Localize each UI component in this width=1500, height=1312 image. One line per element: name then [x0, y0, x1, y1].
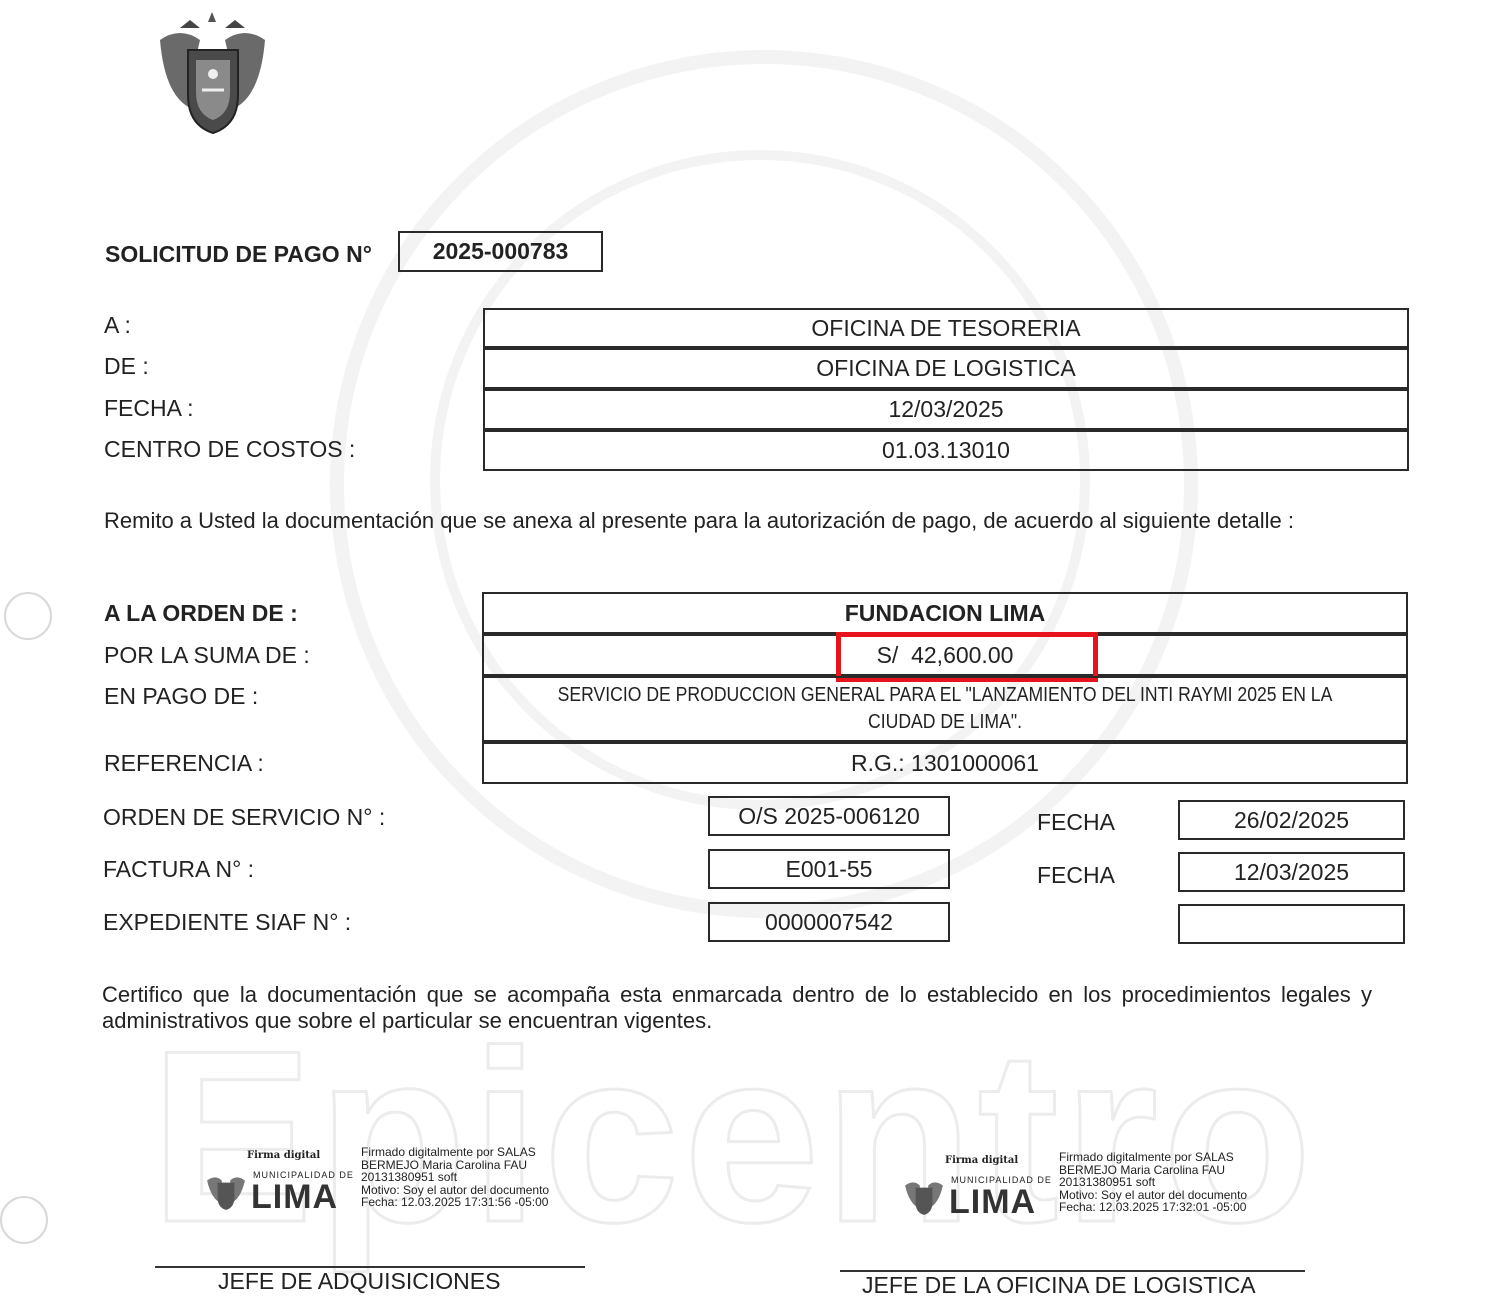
signature-details: Firmado digitalmente por SALAS BERMEJO M… [361, 1146, 549, 1209]
order-label: A LA ORDEN DE : [104, 600, 298, 627]
invoice-field: E001-55 [708, 849, 950, 889]
municipality-logo: Firma digital MUNICIPALIDAD DE LIMA [903, 1155, 1053, 1225]
cost-center-field: 01.03.13010 [483, 430, 1409, 471]
punch-hole [4, 592, 52, 640]
digital-signature-stamp: Firma digital MUNICIPALIDAD DE LIMA Firm… [903, 1155, 1247, 1225]
cost-center-label: CENTRO DE COSTOS : [104, 436, 355, 463]
lima-crest-icon [205, 1170, 247, 1212]
service-order-date-field: 26/02/2025 [1178, 800, 1405, 840]
concept-label: EN PAGO DE : [104, 683, 258, 710]
amount-highlight [836, 632, 1098, 682]
lima-coat-of-arms-icon [150, 10, 275, 138]
municipality-logo: Firma digital MUNICIPALIDAD DE LIMA [205, 1150, 355, 1220]
signature-details: Firmado digitalmente por SALAS BERMEJO M… [1059, 1151, 1247, 1214]
service-order-label: ORDEN DE SERVICIO N° : [103, 804, 385, 831]
punch-hole [0, 1196, 48, 1244]
from-label: DE : [104, 353, 149, 380]
invoice-date-label: FECHA [1037, 862, 1115, 889]
siaf-date-field [1178, 904, 1405, 944]
service-order-field: O/S 2025-006120 [708, 796, 950, 836]
signer-role: JEFE DE ADQUISICIONES [218, 1268, 500, 1295]
digital-signature-stamp: Firma digital MUNICIPALIDAD DE LIMA Firm… [205, 1150, 549, 1220]
from-field: OFICINA DE LOGISTICA [483, 348, 1409, 389]
amount-label: POR LA SUMA DE : [104, 642, 310, 669]
lima-crest-icon [903, 1175, 945, 1217]
payee-field: FUNDACION LIMA [482, 592, 1408, 634]
form-title: SOLICITUD DE PAGO N° [105, 241, 372, 268]
concept-field: SERVICIO DE PRODUCCION GENERAL PARA EL "… [482, 676, 1408, 742]
signer-role: JEFE DE LA OFICINA DE LOGISTICA [862, 1272, 1256, 1299]
invoice-date-field: 12/03/2025 [1178, 852, 1405, 892]
to-label: A : [104, 312, 131, 339]
to-field: OFICINA DE TESORERIA [483, 308, 1409, 348]
date-label: FECHA : [104, 395, 193, 422]
date-field: 12/03/2025 [483, 389, 1409, 430]
request-number-field: 2025-000783 [398, 231, 603, 272]
siaf-label: EXPEDIENTE SIAF N° : [103, 909, 351, 936]
reference-field: R.G.: 1301000061 [482, 742, 1408, 784]
reference-label: REFERENCIA : [104, 750, 264, 777]
certification-paragraph: Certifico que la documentación que se ac… [102, 982, 1372, 1034]
service-order-date-label: FECHA [1037, 809, 1115, 836]
watermark-text: Epicentro [150, 995, 1316, 1277]
invoice-label: FACTURA N° : [103, 856, 254, 883]
siaf-field: 0000007542 [708, 902, 950, 942]
intro-paragraph: Remito a Usted la documentación que se a… [104, 508, 1309, 534]
